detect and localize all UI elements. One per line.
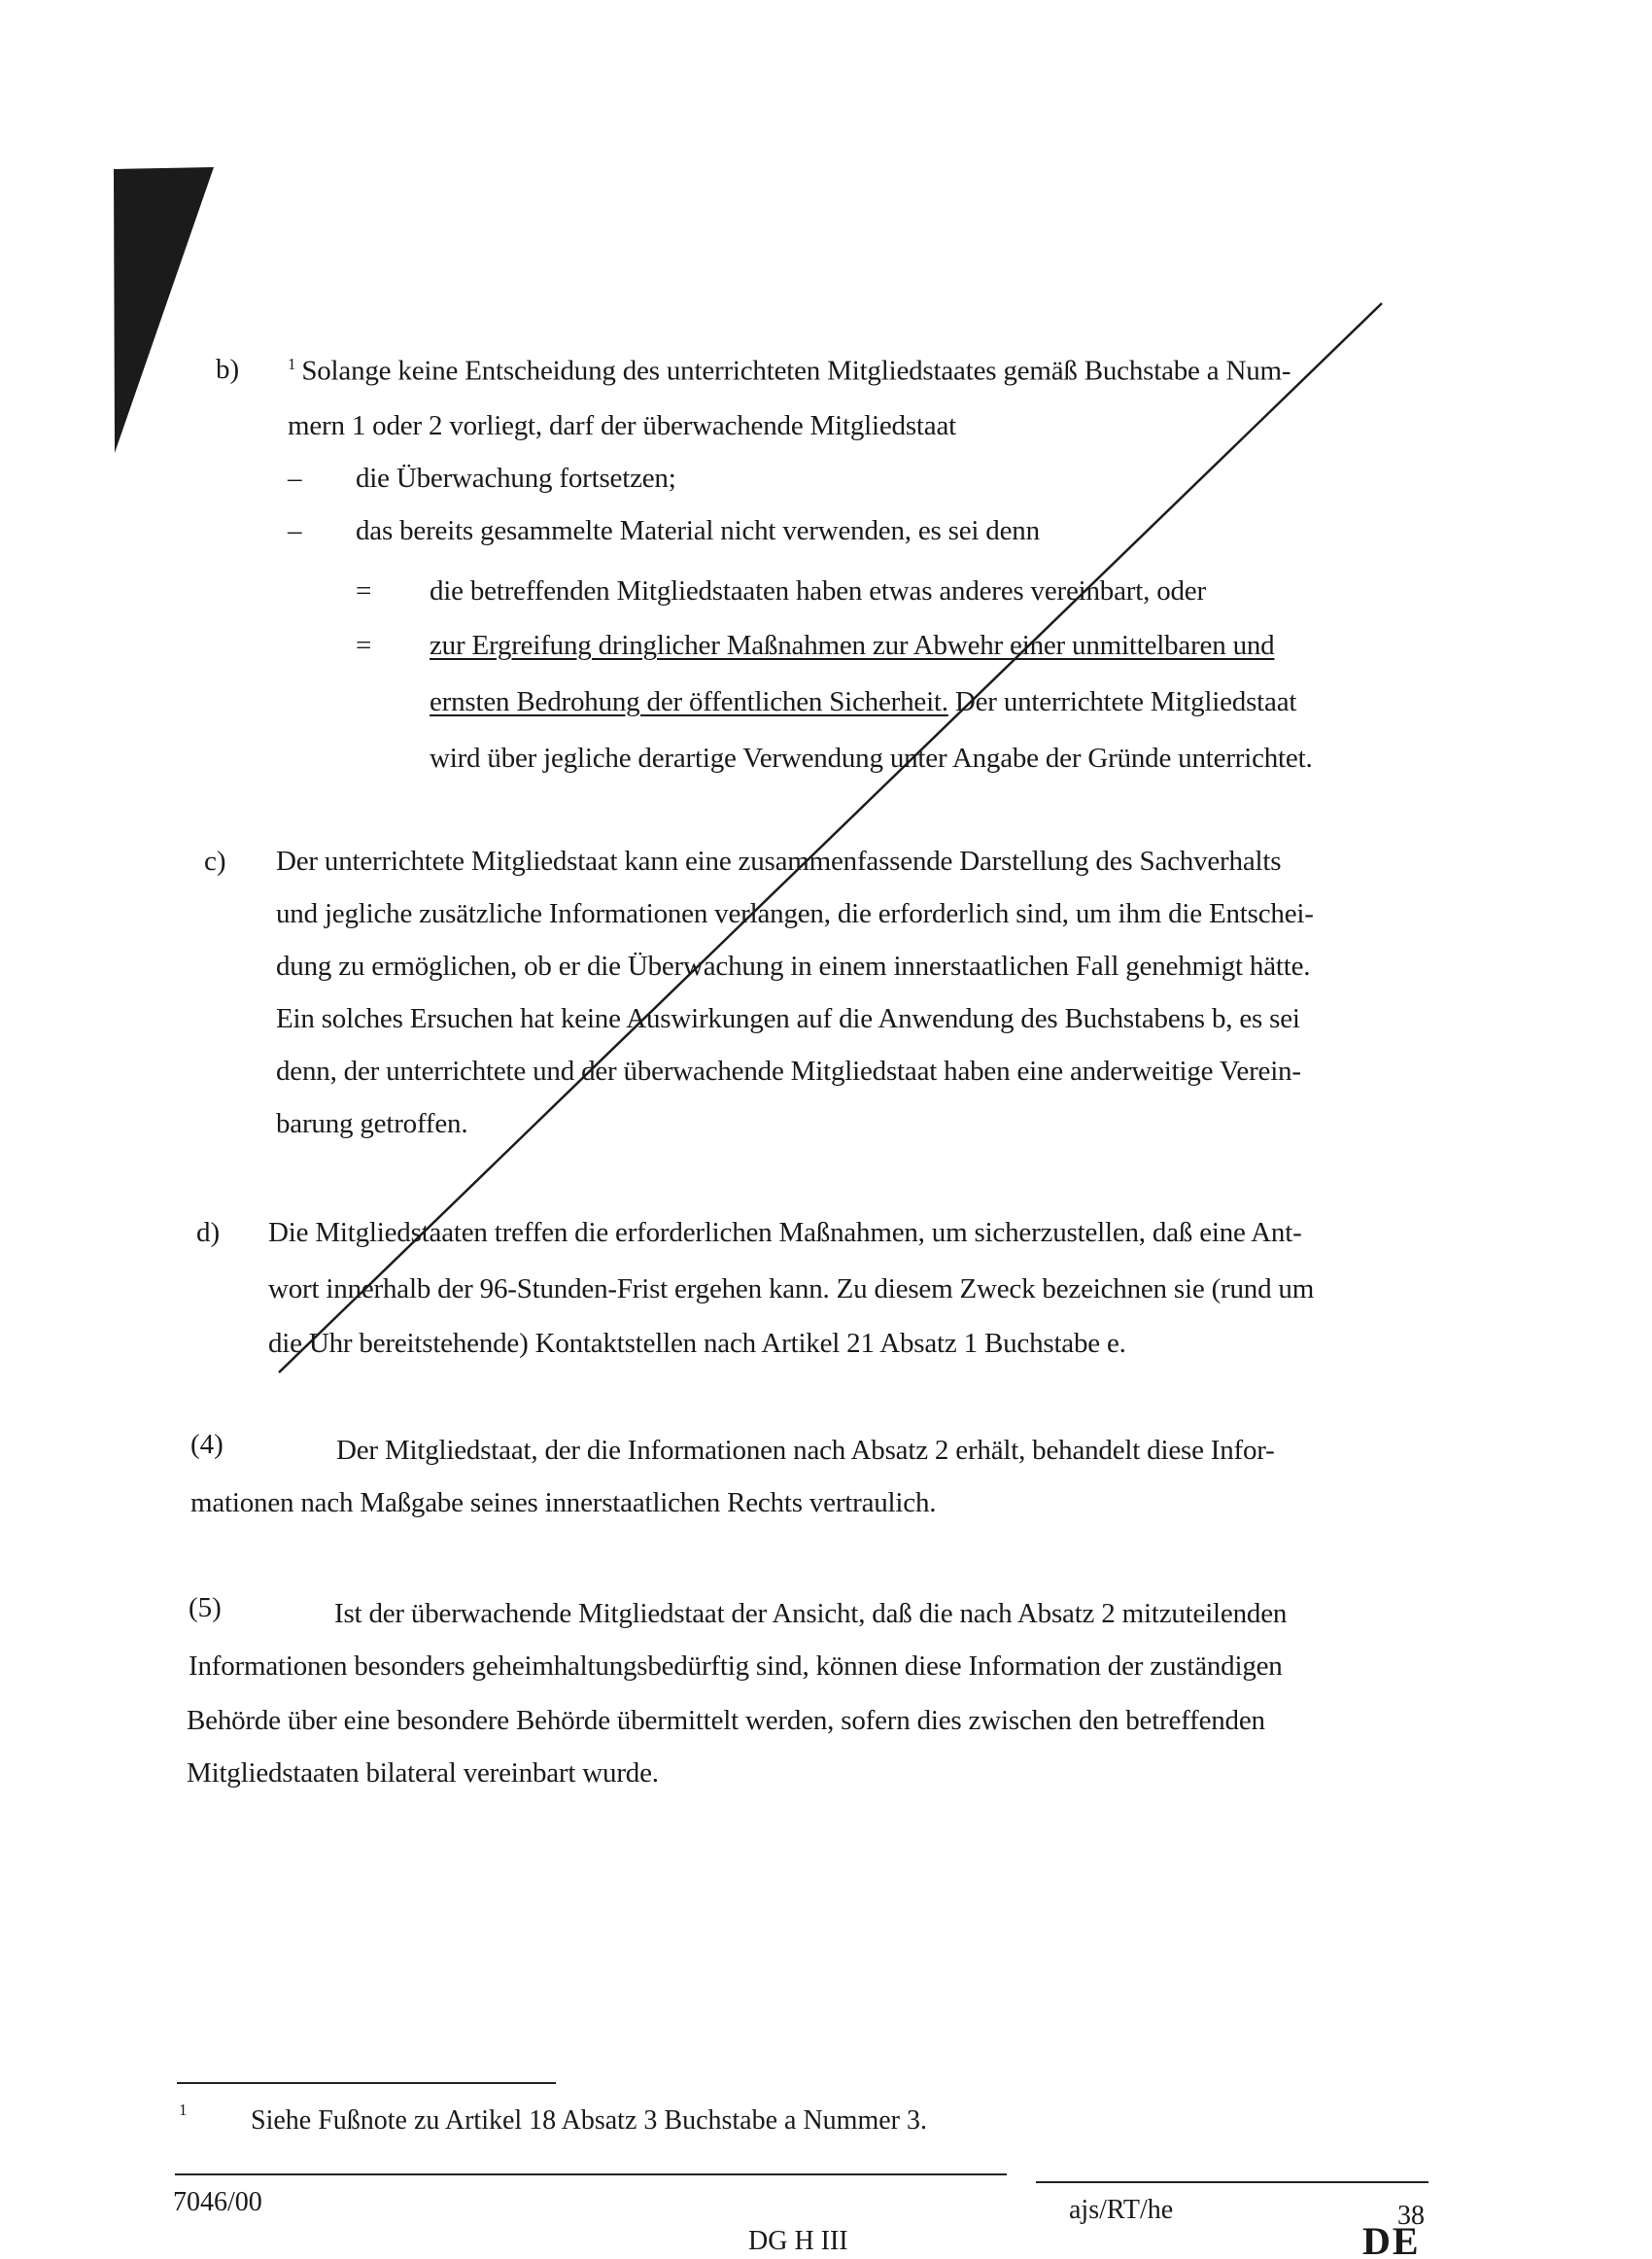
footnote-ref[interactable]: 1 xyxy=(288,355,295,373)
eq-item-1: die betreffenden Mitgliedstaaten haben e… xyxy=(430,577,1206,606)
section-c-label: c) xyxy=(204,848,226,876)
para-4-line: Der Mitgliedstaat, der die Informationen… xyxy=(336,1437,1275,1465)
section-c-line: dung zu ermöglichen, ob er die Überwachu… xyxy=(276,953,1310,981)
section-c-line: Ein solches Ersuchen hat keine Auswirkun… xyxy=(276,1005,1300,1033)
section-b-label: b) xyxy=(216,356,239,384)
section-b-line-2: mern 1 oder 2 vorliegt, darf der überwac… xyxy=(288,412,956,440)
footer-rule-left xyxy=(175,2173,1007,2175)
margin-wedge-mark xyxy=(0,0,1652,2259)
eq-marker: = xyxy=(356,577,371,606)
section-d-line: Die Mitgliedstaaten treffen die erforder… xyxy=(268,1219,1302,1247)
para-5-line: Ist der überwachende Mitgliedstaat der A… xyxy=(334,1600,1287,1628)
section-d-line: die Uhr bereitstehende) Kontaktstellen n… xyxy=(268,1330,1126,1358)
section-c-line: und jegliche zusätzliche Informationen v… xyxy=(276,900,1314,928)
dash-marker: – xyxy=(288,517,302,545)
footnote-text: Siehe Fußnote zu Artikel 18 Absatz 3 Buc… xyxy=(251,2107,927,2135)
para-5-line: Informationen besonders geheimhaltungsbe… xyxy=(189,1652,1283,1681)
eq-marker: = xyxy=(356,632,371,660)
eq-item-2-line-1: zur Ergreifung dringlicher Maßnahmen zur… xyxy=(430,632,1274,660)
section-c-line: denn, der unterrichtete und der überwach… xyxy=(276,1058,1301,1086)
section-b-line-1: 1Solange keine Entscheidung des unterric… xyxy=(288,356,1291,386)
section-d-line: wort innerhalb der 96-Stunden-Frist erge… xyxy=(268,1275,1314,1303)
section-c-line: Der unterrichtete Mitgliedstaat kann ein… xyxy=(276,848,1281,876)
para-5-line: Behörde über eine besondere Behörde über… xyxy=(187,1707,1265,1735)
eq-item-2-line-3: wird über jegliche derartige Verwendung … xyxy=(430,745,1313,773)
footnote-separator xyxy=(177,2082,556,2084)
footnote-number: 1 xyxy=(179,2102,188,2118)
para-4-line: mationen nach Maßgabe seines innerstaatl… xyxy=(190,1489,936,1517)
para-4-label: (4) xyxy=(190,1431,224,1459)
para-5-line: Mitgliedstaaten bilateral vereinbart wur… xyxy=(187,1759,659,1788)
dash-marker: – xyxy=(288,465,302,493)
eq-item-2-line-2: ernsten Bedrohung der öffentlichen Siche… xyxy=(430,688,1296,716)
department: DG H III xyxy=(748,2228,848,2255)
footer-rule-right xyxy=(1036,2181,1428,2183)
section-d-label: d) xyxy=(196,1219,220,1247)
language-code: DE xyxy=(1362,2222,1421,2259)
section-c-line: barung getroffen. xyxy=(276,1110,467,1138)
para-5-label: (5) xyxy=(189,1594,222,1622)
dash-item-2: das bereits gesammelte Material nicht ve… xyxy=(356,517,1040,545)
reference-code: ajs/RT/he xyxy=(1069,2197,1173,2224)
dash-item-1: die Überwachung fortsetzen; xyxy=(356,465,676,493)
doc-number: 7046/00 xyxy=(173,2189,262,2216)
